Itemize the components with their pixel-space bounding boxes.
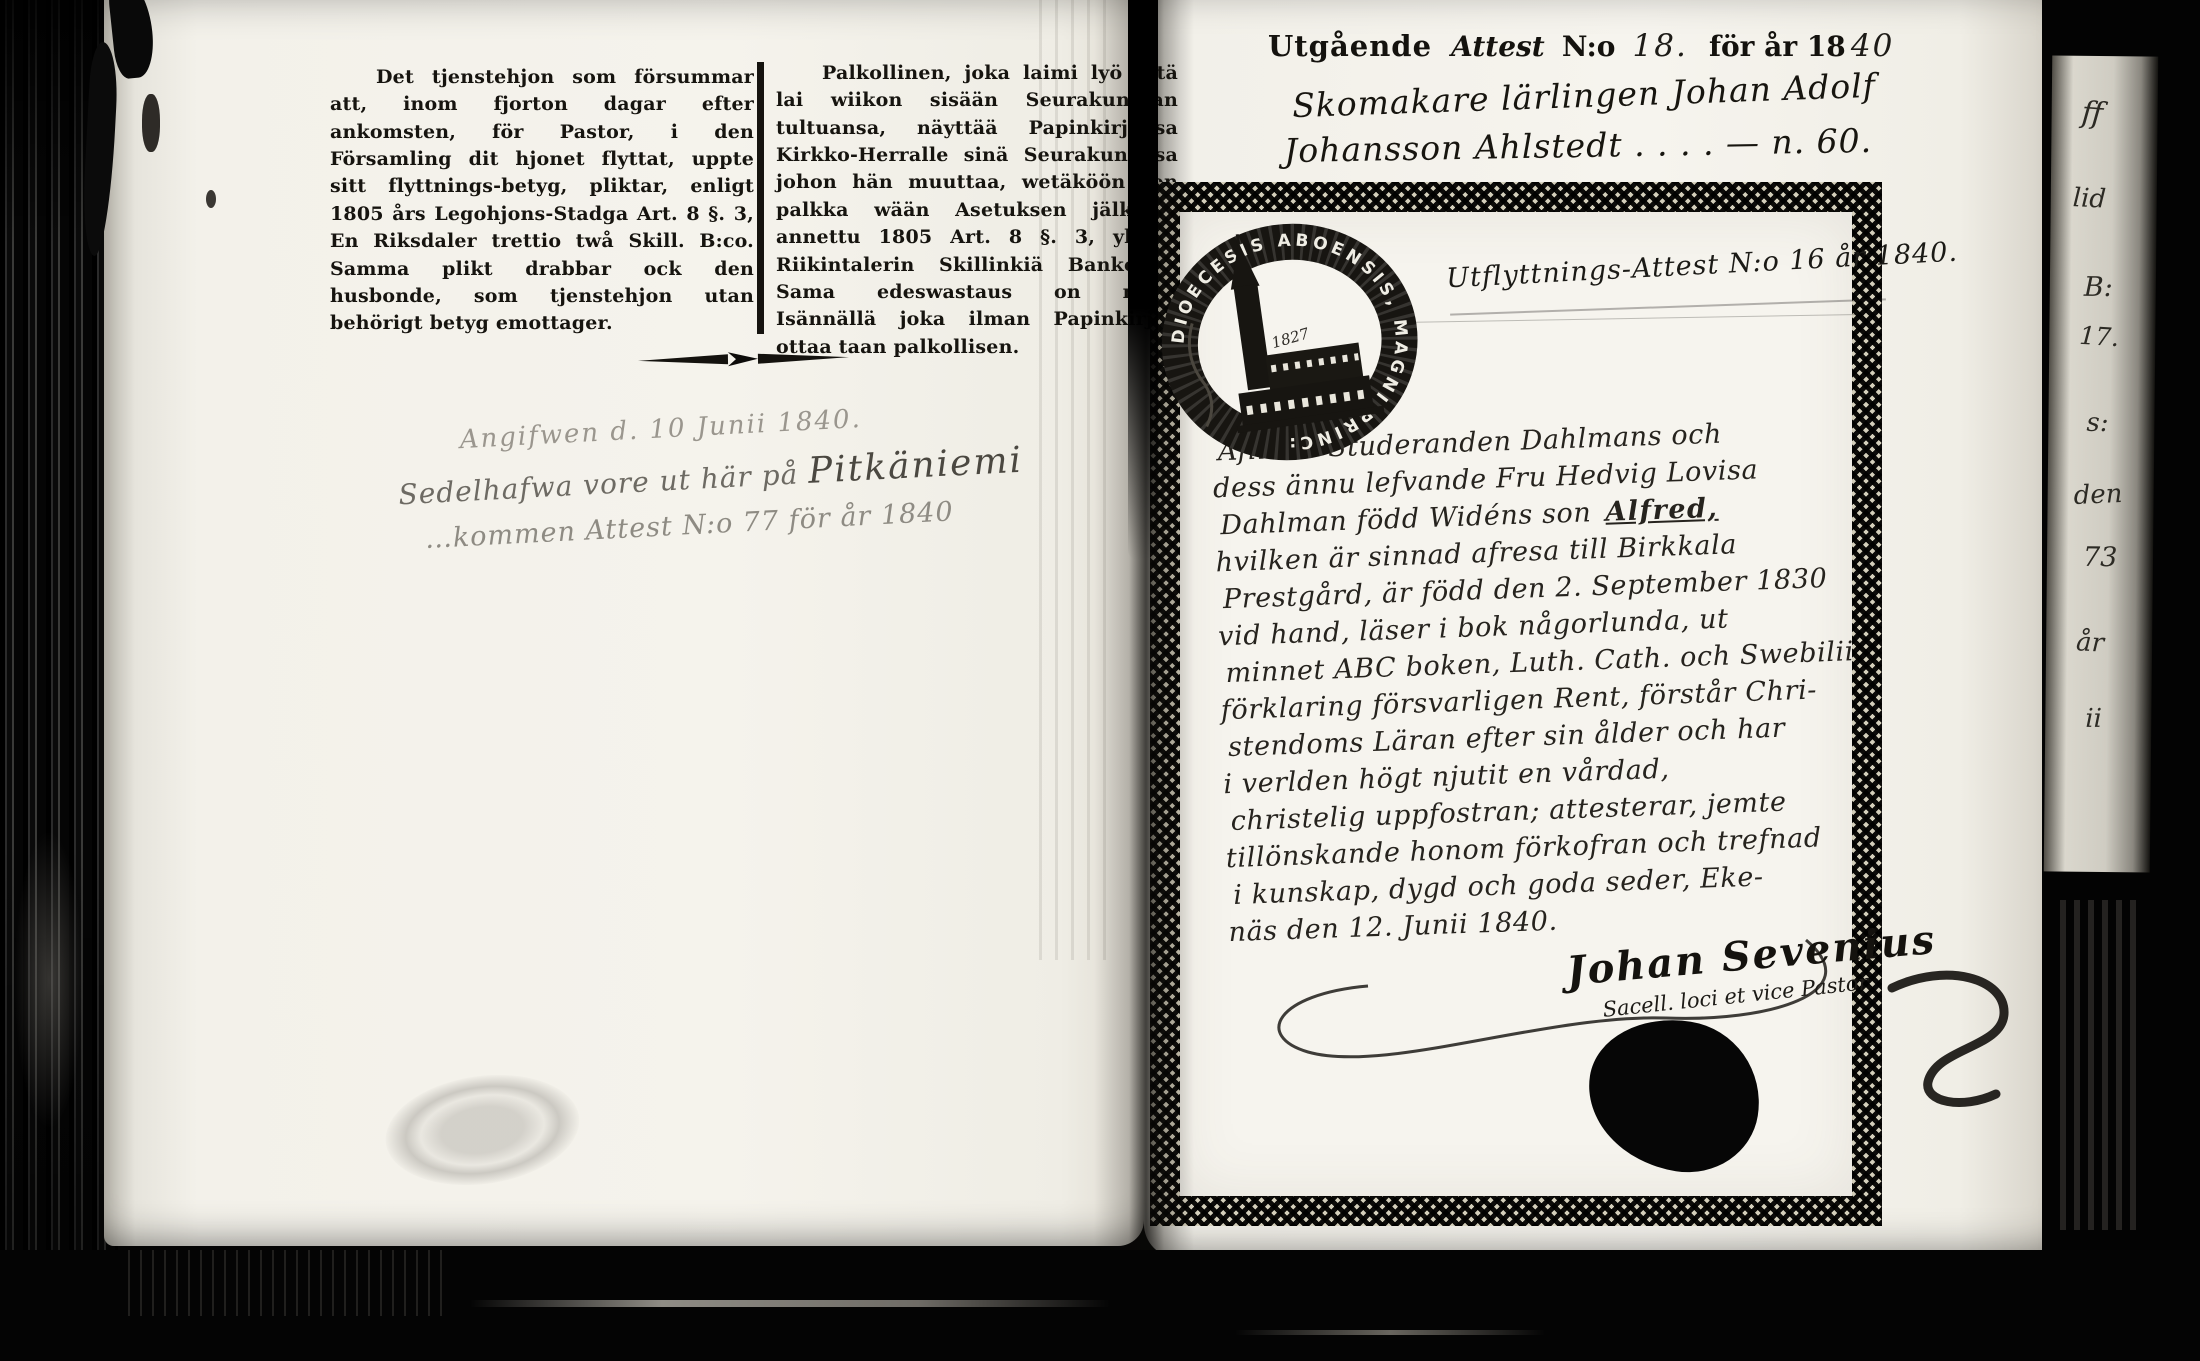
scanned-book-photo: Det tjenstehjon som försummar att, inom …: [0, 0, 2200, 1361]
header-for-year: för år 18: [1709, 30, 1846, 63]
attest-header: Utgående Attest N:o 18. för år 18 40: [1268, 28, 1894, 64]
margin-fragment: s:: [2086, 408, 2108, 438]
next-page-lower-streaks: [2060, 900, 2140, 1230]
margin-fragment: B:: [2084, 272, 2113, 303]
bottom-streak: [1235, 1330, 1545, 1335]
bottom-streak: [118, 1250, 448, 1316]
certificate-body-handwriting: Aflidne Studeranden Dahlmans och dess än…: [1211, 411, 1877, 951]
column-divider-rule: [757, 62, 764, 334]
header-word-utgaende: Utgående: [1268, 29, 1432, 63]
next-page-sliver: ff lid B: 17. s: den 73 år ii: [2044, 55, 2159, 872]
ornament-divider: [636, 346, 851, 376]
header-word-no: N:o: [1562, 30, 1616, 63]
seal-year: 1827: [1270, 324, 1312, 352]
margin-fragment: lid: [2072, 183, 2107, 214]
header-year-handwritten: 40: [1851, 28, 1894, 64]
printed-swedish-column: Det tjenstehjon som försummar att, inom …: [330, 64, 754, 338]
stray-pen-flourish: [1876, 952, 2026, 1126]
margin-fragment: år: [2075, 627, 2104, 658]
photo-bottom-band: [0, 1250, 2200, 1361]
ink-blotch: [206, 190, 216, 208]
margin-fragment: 73: [2083, 542, 2118, 573]
note-place-name: Pitkäniemi: [807, 440, 1024, 492]
underlined-name: Alfred,: [1605, 493, 1719, 528]
next-page-edge-region: ff lid B: 17. s: den 73 år ii: [2042, 0, 2200, 1361]
header-attest-number: 18.: [1633, 28, 1688, 64]
bottom-streak: [470, 1300, 1110, 1307]
margin-fragment: 17.: [2078, 321, 2120, 352]
margin-fragment: ii: [2085, 704, 2102, 734]
page-pile-highlight: [14, 830, 84, 1130]
header-word-attest: Attest: [1451, 30, 1545, 63]
ink-blotch: [142, 94, 160, 152]
margin-fragment: ff: [2080, 95, 2104, 132]
diocese-seal-stamp: DIOECESIS ABOENSIS, MAGNI PRINC: 1827: [1140, 201, 1440, 488]
note-holder-text: Sedelhafwa vore ut här på: [398, 457, 799, 511]
margin-fragment: den: [2073, 479, 2123, 511]
